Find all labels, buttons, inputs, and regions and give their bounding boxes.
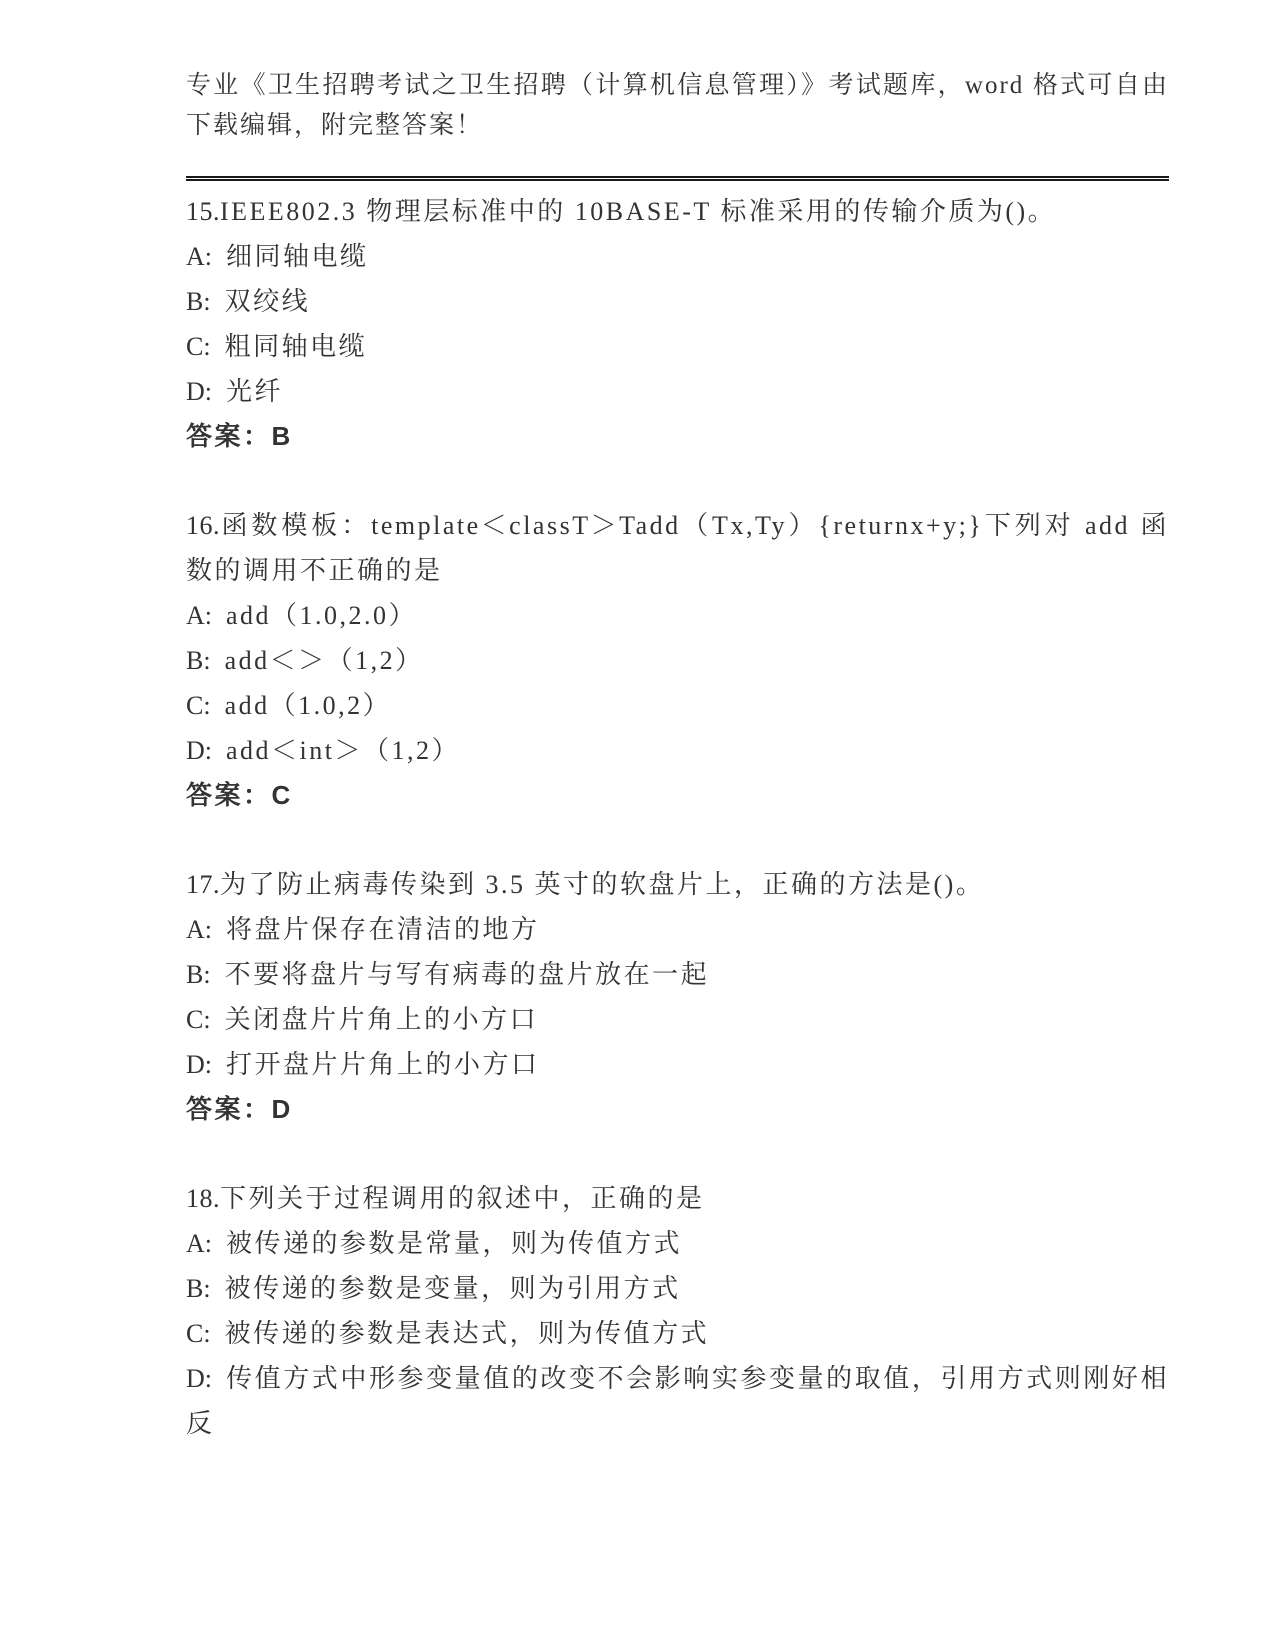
option-c: C:add（1.0,2） [186, 683, 1169, 728]
option-text: 细同轴电缆 [226, 242, 369, 271]
question-block-16: 16.函数模板：template＜classT＞Tadd（Tx,Ty）{retu… [186, 503, 1169, 818]
option-text: 被传递的参数是表达式，则为传值方式 [225, 1319, 710, 1348]
option-text: 关闭盘片片角上的小方口 [225, 1005, 539, 1034]
option-text: 双绞线 [225, 287, 311, 316]
option-a: A:add（1.0,2.0） [186, 593, 1169, 638]
question-number: 18. [186, 1184, 220, 1213]
option-label: D: [186, 736, 212, 765]
option-label: B: [186, 1274, 211, 1303]
option-b: B:双绞线 [186, 279, 1169, 324]
option-text: 被传递的参数是常量，则为传值方式 [226, 1229, 682, 1258]
option-label: C: [186, 332, 211, 361]
question-stem-text: 函数模板：template＜classT＞Tadd（Tx,Ty）{returnx… [186, 511, 1169, 585]
option-text: add（1.0,2） [225, 691, 392, 720]
option-c: C:被传递的参数是表达式，则为传值方式 [186, 1311, 1169, 1356]
question-block-15: 15.IEEE802.3 物理层标准中的 10BASE-T 标准采用的传输介质为… [186, 189, 1169, 459]
answer-line: 答案：D [186, 1087, 1169, 1132]
option-label: B: [186, 646, 211, 675]
option-d: D:光纤 [186, 369, 1169, 414]
option-c: C:粗同轴电缆 [186, 324, 1169, 369]
question-stem-text: IEEE802.3 物理层标准中的 10BASE-T 标准采用的传输介质为()。 [220, 197, 1056, 226]
page-header: 专业《卫生招聘考试之卫生招聘（计算机信息管理）》考试题库，word 格式可自由下… [186, 66, 1169, 146]
document-page: 专业《卫生招聘考试之卫生招聘（计算机信息管理）》考试题库，word 格式可自由下… [0, 0, 1275, 1650]
option-d: D:add＜int＞（1,2） [186, 728, 1169, 773]
header-divider [186, 176, 1169, 181]
questions-list: 15.IEEE802.3 物理层标准中的 10BASE-T 标准采用的传输介质为… [186, 189, 1169, 1446]
option-b: B:被传递的参数是变量，则为引用方式 [186, 1266, 1169, 1311]
answer-value: B [272, 421, 293, 451]
option-text: add＜int＞（1,2） [226, 736, 460, 765]
header-text: 专业《卫生招聘考试之卫生招聘（计算机信息管理）》考试题库，word 格式可自由下… [186, 66, 1169, 146]
question-number: 16. [186, 511, 220, 540]
option-text: 不要将盘片与写有病毒的盘片放在一起 [225, 960, 710, 989]
option-d: D:打开盘片片角上的小方口 [186, 1042, 1169, 1087]
option-a: A:被传递的参数是常量，则为传值方式 [186, 1221, 1169, 1266]
answer-label: 答案： [186, 421, 272, 451]
option-c: C:关闭盘片片角上的小方口 [186, 997, 1169, 1042]
answer-value: C [272, 780, 293, 810]
question-number: 15. [186, 197, 220, 226]
option-label: D: [186, 1364, 212, 1393]
option-text: add＜＞（1,2） [225, 646, 424, 675]
option-label: D: [186, 377, 212, 406]
question-number: 17. [186, 870, 220, 899]
option-a: A:将盘片保存在清洁的地方 [186, 907, 1169, 952]
question-block-17: 17.为了防止病毒传染到 3.5 英寸的软盘片上，正确的方法是()。 A:将盘片… [186, 862, 1169, 1132]
option-d: D:传值方式中形参变量值的改变不会影响实参变量的取值，引用方式则刚好相反 [186, 1356, 1169, 1446]
option-label: C: [186, 1319, 211, 1348]
answer-label: 答案： [186, 1094, 272, 1124]
answer-line: 答案：C [186, 773, 1169, 818]
question-block-18: 18.下列关于过程调用的叙述中，正确的是 A:被传递的参数是常量，则为传值方式 … [186, 1176, 1169, 1446]
question-stem-text: 下列关于过程调用的叙述中，正确的是 [220, 1184, 705, 1213]
option-label: A: [186, 601, 212, 630]
option-text: 光纤 [226, 377, 283, 406]
option-label: A: [186, 242, 212, 271]
option-label: B: [186, 287, 211, 316]
option-text: 打开盘片片角上的小方口 [226, 1050, 540, 1079]
answer-line: 答案：B [186, 414, 1169, 459]
option-text: add（1.0,2.0） [226, 601, 417, 630]
answer-value: D [272, 1094, 293, 1124]
option-label: B: [186, 960, 211, 989]
option-label: D: [186, 1050, 212, 1079]
question-stem-text: 为了防止病毒传染到 3.5 英寸的软盘片上，正确的方法是()。 [220, 870, 984, 899]
option-text: 粗同轴电缆 [225, 332, 368, 361]
question-stem: 15.IEEE802.3 物理层标准中的 10BASE-T 标准采用的传输介质为… [186, 189, 1169, 234]
option-text: 将盘片保存在清洁的地方 [226, 915, 540, 944]
option-b: B:add＜＞（1,2） [186, 638, 1169, 683]
option-label: C: [186, 1005, 211, 1034]
option-text: 被传递的参数是变量，则为引用方式 [225, 1274, 681, 1303]
answer-label: 答案： [186, 780, 272, 810]
option-label: C: [186, 691, 211, 720]
question-stem: 16.函数模板：template＜classT＞Tadd（Tx,Ty）{retu… [186, 503, 1169, 593]
option-label: A: [186, 1229, 212, 1258]
option-a: A:细同轴电缆 [186, 234, 1169, 279]
question-stem: 17.为了防止病毒传染到 3.5 英寸的软盘片上，正确的方法是()。 [186, 862, 1169, 907]
option-b: B:不要将盘片与写有病毒的盘片放在一起 [186, 952, 1169, 997]
option-label: A: [186, 915, 212, 944]
question-stem: 18.下列关于过程调用的叙述中，正确的是 [186, 1176, 1169, 1221]
option-text: 传值方式中形参变量值的改变不会影响实参变量的取值，引用方式则刚好相反 [186, 1364, 1169, 1438]
